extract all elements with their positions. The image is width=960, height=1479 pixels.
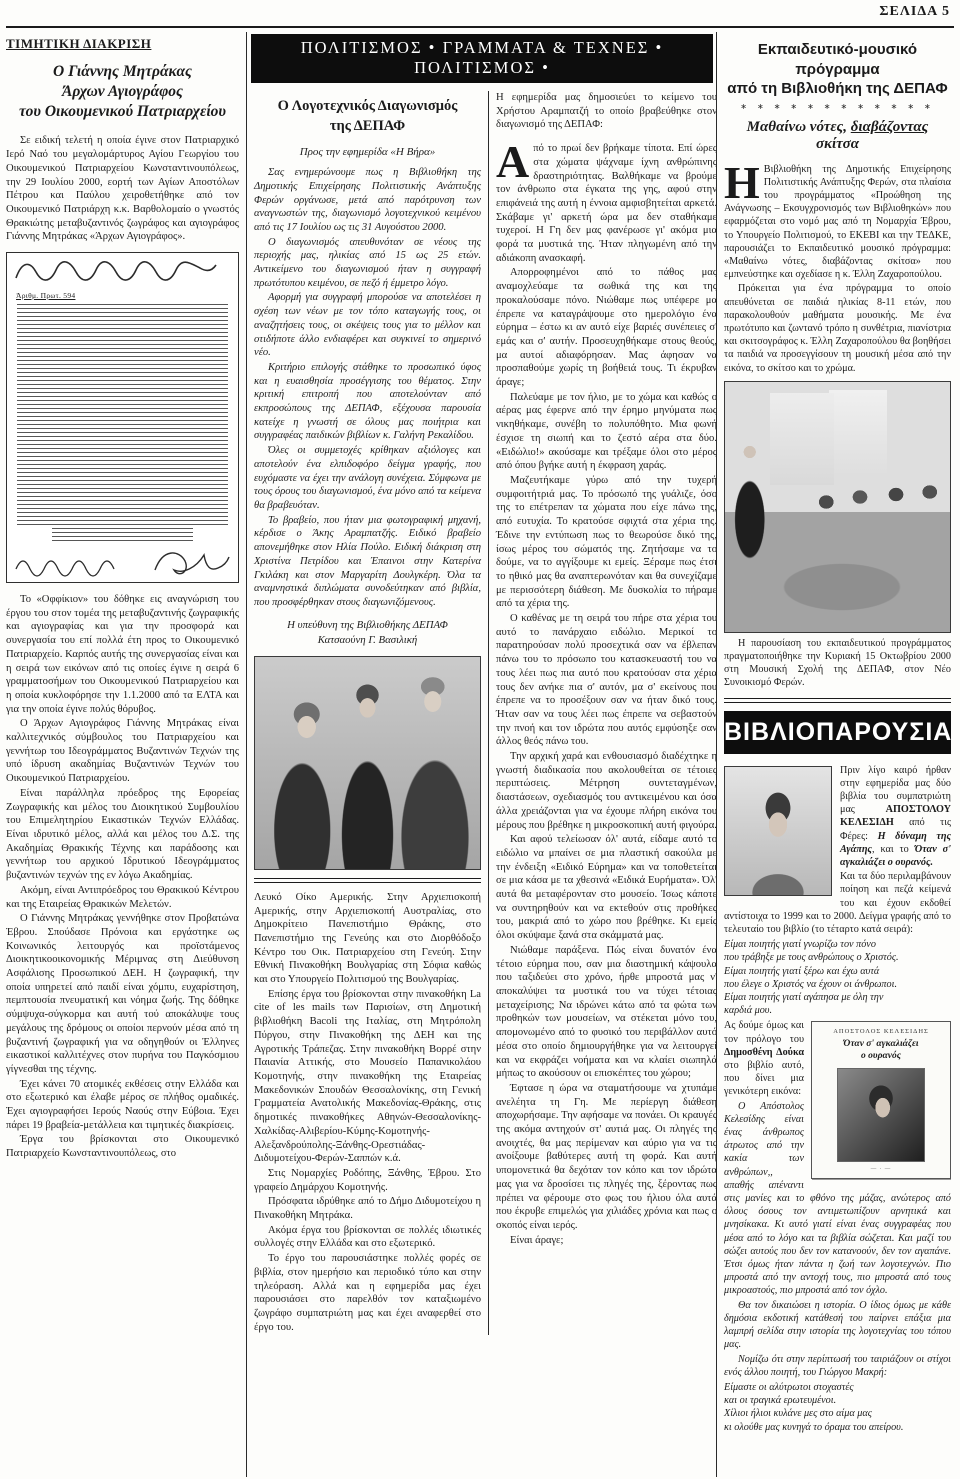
page-number: ΣΕΛΙΔΑ 5 — [879, 4, 950, 20]
calligraphic-flourish-icon — [12, 548, 132, 578]
culture-section: ΠΟΛΙΤΙΣΜΟΣ • ΓΡΑΜΜΑΤΑ & ΤΕΧΝΕΣ • ΠΟΛΙΤΙΣ… — [247, 32, 717, 1477]
letter-text-lines — [17, 324, 228, 369]
award-ceremony-photo — [254, 656, 481, 870]
book-presentation-banner: ΒΙΒΛΙΟΠΑΡΟΥΣΙΑΣΗ — [724, 711, 951, 754]
letter-text-lines — [17, 468, 228, 525]
paragraph: Θα τον δικαιώσει η ιστορία. Ο ίδιος όμως… — [724, 1299, 951, 1352]
title-segment: σκίτσα — [816, 136, 859, 152]
paragraph: Την αρχική χαρά και ενθουσιασμό διαδέχτη… — [496, 750, 717, 832]
paragraph: Σε ειδική τελετή η οποία έγινε στον Πατρ… — [6, 134, 239, 244]
paragraph: Ο Άρχων Αγιογράφος Γιάννης Μητράκας είνα… — [6, 717, 239, 786]
star-divider: ∗ ∗ ∗ ∗ ∗ ∗ ∗ ∗ ∗ ∗ ∗ ∗ — [724, 102, 951, 111]
article-title: Ο Γιάννης Μητράκας Άρχων Αγιογράφος του … — [6, 62, 239, 122]
title-segment: διαβάζοντας — [851, 119, 929, 135]
column-music-program: Εκπαιδευτικό-μουσικό πρόγραμμα από τη Βι… — [716, 32, 951, 1477]
double-rule-divider — [724, 698, 951, 703]
poem-excerpt: Είμαι ποιητής γιατί γνωρίζω τον πόνο που… — [724, 938, 951, 1017]
letter-ref-number: Ἀριθμ. Πρωτ. 594 — [16, 291, 229, 300]
section-kicker: ΤΙΜΗΤΙΚΗ ΔΙΑΚΡΙΣΗ — [6, 36, 239, 52]
cover-title-line: ο ουρανός — [817, 1051, 945, 1063]
paragraph: Ο διαγωνισμός απευθυνόταν σε νέους της π… — [254, 236, 481, 291]
paragraph: Το «Οφφίκιον» του δόθηκε εις αναγνώριση … — [6, 593, 239, 716]
paragraph: Όλες οι συμμετοχές κρίθηκαν αξιόλογες κα… — [254, 444, 481, 513]
column-winning-text: Η εφημερίδα μας δημοσιεύει το κείμενο το… — [489, 91, 717, 1335]
salutation: Προς την εφημερίδα «Η Βήρα» — [254, 146, 481, 158]
poem-line: Χίλιοι ήλιοι κυλάνε μες στο αίμα μας — [724, 1407, 951, 1420]
paragraph: Ακόμα έργα του βρίσκονται σε πολλές ιδιω… — [254, 1224, 481, 1251]
paragraph: Επίσης έργα του βρίσκονται στην πινακοθή… — [254, 988, 481, 1166]
paragraph: Έχει κάνει 70 ατομικές εκθέσεις στην Ελλ… — [6, 1078, 239, 1133]
poem-line: Είμαι ποιητής γιατί αγάπησα με όλη την — [724, 991, 951, 1004]
page-header: ΣΕΛΙΔΑ 5 — [6, 0, 954, 28]
paragraph: Μαζευτήκαμε γύρω από την τυχερή συμφοιτή… — [496, 474, 717, 611]
paragraph: Το βραβείο, που ήταν μια φωτογραφική μηχ… — [254, 514, 481, 610]
poem-line: που τράβηξε με τους ανθρώπους ο Χριστός. — [724, 951, 951, 964]
title-line: Ο Λογοτεχνικός Διαγωνισμός — [254, 97, 481, 117]
text-segment: , και το — [872, 844, 915, 855]
contest-title: Ο Λογοτεχνικός Διαγωνισμός της ΔΕΠΑΦ — [254, 97, 481, 136]
letter-text-lines — [17, 304, 228, 321]
paragraph: Έφτασε η ώρα να σταματήσουμε να χτυπάμε … — [496, 1082, 717, 1233]
paragraph: Σας ενημερώνουμε πως η Βιβλιοθήκη της Δη… — [254, 166, 481, 235]
paragraph: Έργα του βρίσκονται στο Οικουμενικό Πατρ… — [6, 1133, 239, 1160]
poem-line: κι ολούθε μας κυνηγά το όραμα του απείρο… — [724, 1421, 951, 1434]
prologue-author-name: Δημοσθένη Δούκα — [724, 1047, 804, 1058]
cover-title: Όταν σ' αγκαλιάζει ο ουρανός — [817, 1039, 945, 1063]
paragraph: Παλεύαμε με τον ήλιο, με το χώμα και καθ… — [496, 391, 717, 473]
title-line: της ΔΕΠΑΦ — [254, 117, 481, 137]
page-columns: ΤΙΜΗΤΙΚΗ ΔΙΑΚΡΙΣΗ Ο Γιάννης Μητράκας Άρχ… — [0, 28, 960, 1477]
paragraph: ΗΒιβλιοθήκη της Δημοτικής Επιχείρησης Πο… — [724, 163, 951, 282]
cover-author-name: ΑΠΟΣΤΟΛΟΣ ΚΕΛΕΣΙΔΗΣ — [817, 1028, 945, 1035]
cover-title-line: Όταν σ' αγκαλιάζει — [817, 1039, 945, 1051]
signature-line: Κατσαούνη Γ. Βασιλική — [254, 633, 481, 648]
patriarchal-letter-image: Ἀριθμ. Πρωτ. 594 — [6, 252, 239, 583]
paragraph: Πρόκειται για ένα πρόγραμμα το οποίο απε… — [724, 282, 951, 374]
patriarch-signature-icon — [151, 544, 233, 578]
poem-line: που έλεγε ο Χριστός να έχουν οι άνθρωποι… — [724, 978, 951, 991]
poem-line: Είμαστε οι αλύτρωτοι στοχαστές — [724, 1381, 951, 1394]
paragraph: Και αφού τελείωσαν όλ' αυτά, είδαμε αυτό… — [496, 833, 717, 943]
letter-signature-row — [12, 544, 233, 578]
letter-text-lines — [17, 372, 228, 465]
paragraph: Ακόμη, είναι Αντιπρόεδρος του Θρακικού Κ… — [6, 884, 239, 911]
poem-line: Είμαι ποιητής γιατί γνωρίζω τον πόνο — [724, 938, 951, 951]
signature-block: Η υπεύθυνη της Βιβλιοθήκης ΔΕΠΑΦ Κατσαού… — [254, 618, 481, 648]
calligraphic-flourish-icon — [12, 259, 222, 283]
paragraph: Νιώθαμε παράξενα. Πώς είναι δυνατόν ένα … — [496, 944, 717, 1081]
paragraph: Ο Γιάννης Μητράκας γεννήθηκε στον Προβατ… — [6, 912, 239, 1076]
paragraph: Νομίζω ότι στην περίπτωσή του ταιριάζουν… — [724, 1353, 951, 1379]
paragraph: Η παρουσίαση του εκπαιδευτικού προγράμμα… — [724, 637, 951, 690]
paragraph: Το έργο του παρουσιάστηκε πολλές φορές σ… — [254, 1252, 481, 1334]
header-line: από τη Βιβλιοθήκη της ΔΕΠΑΦ — [724, 79, 951, 99]
header-line: Εκπαιδευτικό-μουσικό πρόγραμμα — [724, 40, 951, 79]
signature-line: Η υπεύθυνη της Βιβλιοθήκης ΔΕΠΑΦ — [254, 618, 481, 633]
classroom-photo — [724, 381, 951, 633]
paragraph: Αφορμή για συγγραφή μπορούσε να αποτελέσ… — [254, 291, 481, 360]
author-portrait-photo — [724, 766, 832, 896]
text-segment: Ας δούμε όμως και τον πρόλογο του — [724, 1020, 804, 1044]
paragraph: Πρόσφατα ιδρύθηκε από το Δήμο Διδυμοτείχ… — [254, 1195, 481, 1222]
poem-line: Είμαι ποιητής γιατί ξέρω και έχω αυτά — [724, 965, 951, 978]
newspaper-page: ΣΕΛΙΔΑ 5 ΤΙΜΗΤΙΚΗ ΔΙΑΚΡΙΣΗ Ο Γιάννης Μητ… — [0, 0, 960, 1479]
program-title: Μαθαίνω νότες, διαβάζοντας σκίτσα — [724, 119, 951, 153]
paragraph: Στις Νομαρχίες Ροδόπης, Ξάνθης, Έβρου. Σ… — [254, 1167, 481, 1194]
book-presentation-body: Πριν λίγο καιρό ήρθαν στην εφημερίδα μας… — [724, 764, 951, 1434]
paragraph: Είναι άραγε; — [496, 1234, 717, 1248]
paragraph: Λευκό Οίκο Αμερικής. Στην Αρχιεπισκοπή Α… — [254, 891, 481, 987]
letter-text-lines — [52, 528, 193, 541]
culture-section-banner: ΠΟΛΙΤΙΣΜΟΣ • ΓΡΑΜΜΑΤΑ & ΤΕΧΝΕΣ • ΠΟΛΙΤΙΣ… — [251, 34, 713, 83]
poem-line: καρδιά μου. — [724, 1004, 951, 1017]
editor-intro: Η εφημερίδα μας δημοσιεύει το κείμενο το… — [496, 91, 717, 132]
column-honor-article: ΤΙΜΗΤΙΚΗ ΔΙΑΚΡΙΣΗ Ο Γιάννης Μητράκας Άρχ… — [6, 32, 247, 1477]
title-line: του Οικουμενικού Πατριαρχείου — [6, 102, 239, 122]
poem-line: και οι τραγικά ερωτευμένοι. — [724, 1394, 951, 1407]
title-line: Ο Γιάννης Μητράκας — [6, 62, 239, 82]
title-line: Άρχων Αγιογράφος — [6, 82, 239, 102]
drop-cap: Η — [724, 163, 764, 202]
column-contest-article: Ο Λογοτεχνικός Διαγωνισμός της ΔΕΠΑΦ Προ… — [247, 91, 489, 1335]
drop-cap: Α — [496, 142, 533, 181]
title-segment: Μαθαίνω νότες, — [747, 119, 851, 135]
paragraph: Ο καθένας με τη σειρά του πήρε στα χέρια… — [496, 612, 717, 749]
cover-footer-text: — · — — [817, 1166, 945, 1172]
text-segment: στο βιβλίο αυτό, που δίνει μια γενικότερ… — [724, 1060, 804, 1097]
paragraph: Κριτήριο επιλογής στάθηκε το προσωπικό ύ… — [254, 361, 481, 443]
paragraph: Απορροφημένοι από το πάθος μας αναμοχλεύ… — [496, 266, 717, 389]
poem-makris: Είμαστε οι αλύτρωτοι στοχαστές και οι τρ… — [724, 1381, 951, 1434]
double-rule-divider — [254, 878, 481, 883]
paragraph: Από το πρωί δεν βρήκαμε τίποτα. Επί ώρες… — [496, 142, 717, 265]
cover-photo — [837, 1068, 925, 1162]
program-header: Εκπαιδευτικό-μουσικό πρόγραμμα από τη Βι… — [724, 40, 951, 99]
paragraph: Είναι παράλληλα πρόεδρος της Εφορείας Ζω… — [6, 787, 239, 883]
book-cover-image: ΑΠΟΣΤΟΛΟΣ ΚΕΛΕΣΙΔΗΣ Όταν σ' αγκαλιάζει ο… — [811, 1021, 951, 1179]
